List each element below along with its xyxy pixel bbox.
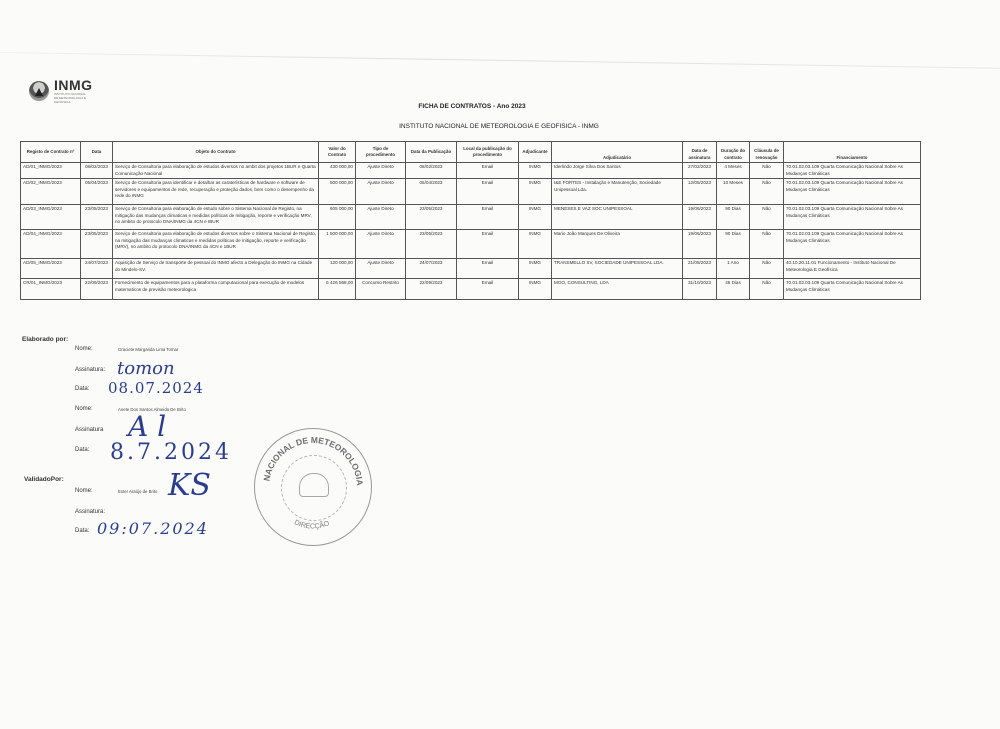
renovacao-cell: Não bbox=[750, 163, 784, 179]
inmg-logo: INMG INSTITUTO NACIONAL DE METEOROLOGIA … bbox=[29, 78, 93, 104]
table-row: AD/05_INMG/202324/07/2023Aquisição de Se… bbox=[21, 259, 921, 279]
objeto-cell: Serviço de Consultoria para elaboração d… bbox=[113, 205, 319, 230]
col-registo: Registo de Contrato nº bbox=[21, 142, 81, 163]
table-row: CR/01_INMG/202322/09/2023Fornecimento de… bbox=[21, 279, 921, 300]
col-objeto: Objeto do Contrato bbox=[113, 142, 319, 163]
duracao-cell: 90 Dias bbox=[717, 205, 750, 230]
logo-name: INMG bbox=[54, 78, 93, 92]
data-publicacao-cell: 23/05/2023 bbox=[406, 230, 457, 259]
tipo-cell: Ajuste Direto bbox=[356, 259, 406, 279]
tipo-cell: Ajuste Direto bbox=[356, 205, 406, 230]
col-data: Data bbox=[81, 142, 113, 163]
financiamento-cell: 70.01.02.03.109 Quarta Comunicação Nacio… bbox=[784, 205, 921, 230]
col-data-assinatura: Data de assinatura bbox=[683, 142, 717, 163]
adjudicante-cell: INMG bbox=[519, 230, 552, 259]
assinatura-label-2: Assinatura bbox=[75, 427, 103, 433]
adjudicatario-cell: Mario João Marques De Oliveira bbox=[552, 230, 683, 259]
adjudicatario-cell: Iderlindo Jorge Silva Dos Santos bbox=[552, 163, 683, 179]
data-assinatura-cell: 19/06/2023 bbox=[683, 230, 717, 259]
duracao-cell: 10 Meses bbox=[717, 179, 750, 205]
assinatura-label-3: Assinatura: bbox=[75, 509, 105, 515]
objeto-cell: Serviço de Consultoria para identificar … bbox=[113, 179, 319, 205]
adjudicante-cell: INMG bbox=[519, 163, 552, 179]
valor-cell: 430 000,00 bbox=[319, 163, 356, 179]
validator-date: 09:07.2024 bbox=[97, 519, 209, 538]
tipo-cell: Ajuste Direto bbox=[356, 230, 406, 259]
valor-cell: 120 000,00 bbox=[319, 259, 356, 279]
data-assinatura-cell: 27/02/2023 bbox=[683, 163, 717, 179]
renovacao-cell: Não bbox=[750, 230, 784, 259]
financiamento-cell: 70.01.02.03.109 Quarta Comunicação Nacio… bbox=[784, 163, 921, 179]
valor-cell: 500 000,00 bbox=[319, 179, 356, 205]
adjudicatario-cell: MENESES E VAZ SOC UNIPESSOAL bbox=[552, 205, 683, 230]
official-stamp: NACIONAL DE METEOROLOGIA E GEOFICA DIREC… bbox=[254, 428, 372, 546]
financiamento-cell: 70.01.02.03.109 Quarta Comunicação Nacio… bbox=[784, 179, 921, 205]
col-financiamento: Financiamento bbox=[784, 142, 921, 163]
data-assinatura-cell: 12/05/2023 bbox=[683, 179, 717, 205]
tipo-cell: Ajuste Direto bbox=[356, 163, 406, 179]
renovacao-cell: Não bbox=[750, 205, 784, 230]
financiamento-cell: 70.01.02.03.109 Quarta Comunicação Nacio… bbox=[784, 279, 921, 300]
table-row: AD/04_INMG/202323/05/2023Serviço de Cons… bbox=[21, 230, 921, 259]
data-assinatura-cell: 19/06/2023 bbox=[683, 205, 717, 230]
col-data-publicacao: Data da Publicação bbox=[406, 142, 457, 163]
validator-signature: KS bbox=[168, 468, 211, 503]
adjudicatario-cell: TRANSMELLO SV, SOCIEDADE UNIPESSOAL LDA. bbox=[552, 259, 683, 279]
data-cell: 05/04/2023 bbox=[81, 179, 113, 205]
nome-label-3: Nome: bbox=[75, 488, 93, 494]
table-row: AD/03_INMG/202323/05/2023Serviço de Cons… bbox=[21, 205, 921, 230]
registo-cell: AD/02_INMG/2023 bbox=[21, 179, 81, 205]
financiamento-cell: 70.01.02.03.109 Quarta Comunicação Nacio… bbox=[784, 230, 921, 259]
objeto-cell: Fornecimento de equipamentos para a plat… bbox=[113, 279, 319, 300]
data-assinatura-cell: 21/08/2023 bbox=[683, 259, 717, 279]
data-cell: 24/07/2023 bbox=[81, 259, 113, 279]
local-cell: Email bbox=[457, 163, 519, 179]
nome-label-2: Nome: bbox=[75, 406, 93, 412]
data-cell: 22/09/2023 bbox=[81, 279, 113, 300]
local-cell: Email bbox=[457, 205, 519, 230]
registo-cell: AD/01_INMG/2023 bbox=[21, 163, 81, 179]
tipo-cell: Concurso Restrito bbox=[356, 279, 406, 300]
nome-label-1: Nome: bbox=[75, 346, 93, 352]
table-header-row: Registo de Contrato nº Data Objeto do Co… bbox=[21, 142, 921, 163]
data-publicacao-cell: 24/07/2023 bbox=[406, 259, 457, 279]
renovacao-cell: Não bbox=[750, 279, 784, 300]
table-row: AD/01_INMG/202308/02/2023Serviço de Cons… bbox=[21, 163, 921, 179]
col-valor: Valor do Contrato bbox=[319, 142, 356, 163]
local-cell: Email bbox=[457, 259, 519, 279]
data-cell: 23/05/2023 bbox=[81, 230, 113, 259]
registo-cell: AD/05_INMG/2023 bbox=[21, 259, 81, 279]
institution-name: INSTITUTO NACIONAL DE METEOROLOGIA E GEO… bbox=[0, 123, 999, 130]
validado-label: ValidadoPor: bbox=[24, 476, 64, 483]
data-publicacao-cell: 05/04/2023 bbox=[406, 179, 457, 205]
col-adjudicante: Adjudicante bbox=[519, 142, 552, 163]
financiamento-cell: 40.10.20.11.01 Funcionamento - Instituto… bbox=[784, 259, 921, 279]
duracao-cell: 90 Dias bbox=[717, 230, 750, 259]
duracao-cell: 45 Dias bbox=[717, 279, 750, 300]
tipo-cell: Ajuste Direto bbox=[356, 179, 406, 205]
adjudicatario-cell: MGO, CONSULTING, LDA bbox=[552, 279, 683, 300]
objeto-cell: Aquisição de Serviço de transporte de pe… bbox=[113, 259, 319, 279]
registo-cell: CR/01_INMG/2023 bbox=[21, 279, 81, 300]
validator-name: Ester Araújo de Brito bbox=[118, 489, 157, 494]
adjudicante-cell: INMG bbox=[519, 179, 552, 205]
duracao-cell: 1 Ano bbox=[717, 259, 750, 279]
objeto-cell: Serviço de Consultoria para elaboração d… bbox=[113, 230, 319, 259]
duracao-cell: 4 Meses bbox=[717, 163, 750, 179]
local-cell: Email bbox=[457, 230, 519, 259]
table-row: AD/02_INMG/202305/04/2023Serviço de Cons… bbox=[21, 179, 921, 205]
adjudicante-cell: INMG bbox=[519, 279, 552, 300]
valor-cell: 1 500 000,00 bbox=[319, 230, 356, 259]
local-cell: Email bbox=[457, 179, 519, 205]
coat-of-arms-icon bbox=[299, 473, 329, 497]
scan-artifact-line bbox=[0, 52, 1000, 69]
signature-2: A l bbox=[128, 410, 166, 443]
signature-1: tomon bbox=[117, 358, 175, 379]
signer-name-1: Graciete Margarida Lima Tomar bbox=[118, 347, 178, 352]
data-cell: 23/05/2023 bbox=[81, 205, 113, 230]
col-duracao: Duração do contrato bbox=[717, 142, 750, 163]
col-adjudicatario: Adjudicatário bbox=[552, 142, 683, 163]
adjudicante-cell: INMG bbox=[519, 259, 552, 279]
data-assinatura-cell: 31/10/2023 bbox=[683, 279, 717, 300]
document-title: FICHA DE CONTRATOS - Ano 2023 bbox=[0, 103, 972, 110]
renovacao-cell: Não bbox=[750, 179, 784, 205]
renovacao-cell: Não bbox=[750, 259, 784, 279]
valor-cell: 6 426 568,00 bbox=[319, 279, 356, 300]
data-cell: 08/02/2023 bbox=[81, 163, 113, 179]
assinatura-label-1: Assinatura: bbox=[75, 367, 105, 373]
col-local: Local da publicação do procedimento bbox=[457, 142, 519, 163]
data-publicacao-cell: 22/09/2023 bbox=[406, 279, 457, 300]
contracts-table: Registo de Contrato nº Data Objeto do Co… bbox=[20, 141, 921, 300]
valor-cell: 605 000,00 bbox=[319, 205, 356, 230]
adjudicatario-cell: I&E FORTES - Instalação e Manutenção, So… bbox=[552, 179, 683, 205]
data-publicacao-cell: 23/05/2023 bbox=[406, 205, 457, 230]
signature-date-1: 08.07.2024 bbox=[108, 379, 204, 397]
logo-emblem-icon bbox=[29, 81, 49, 101]
data-publicacao-cell: 08/02/2023 bbox=[406, 163, 457, 179]
data-label-1: Data: bbox=[75, 386, 89, 392]
registo-cell: AD/04_INMG/2023 bbox=[21, 230, 81, 259]
data-label-3: Data: bbox=[75, 528, 89, 534]
local-cell: Email bbox=[457, 279, 519, 300]
elaborado-label: Elaborado por: bbox=[22, 336, 68, 343]
adjudicante-cell: INMG bbox=[519, 205, 552, 230]
objeto-cell: Serviço de Consultoria para elaboração d… bbox=[113, 163, 319, 179]
data-label-2: Data: bbox=[75, 447, 89, 453]
registo-cell: AD/03_INMG/2023 bbox=[21, 205, 81, 230]
col-renovacao: Cláusula de renovação bbox=[750, 142, 784, 163]
col-tipo: Tipo de procedimento bbox=[356, 142, 406, 163]
signature-date-2: 8.7.2024 bbox=[110, 440, 232, 465]
